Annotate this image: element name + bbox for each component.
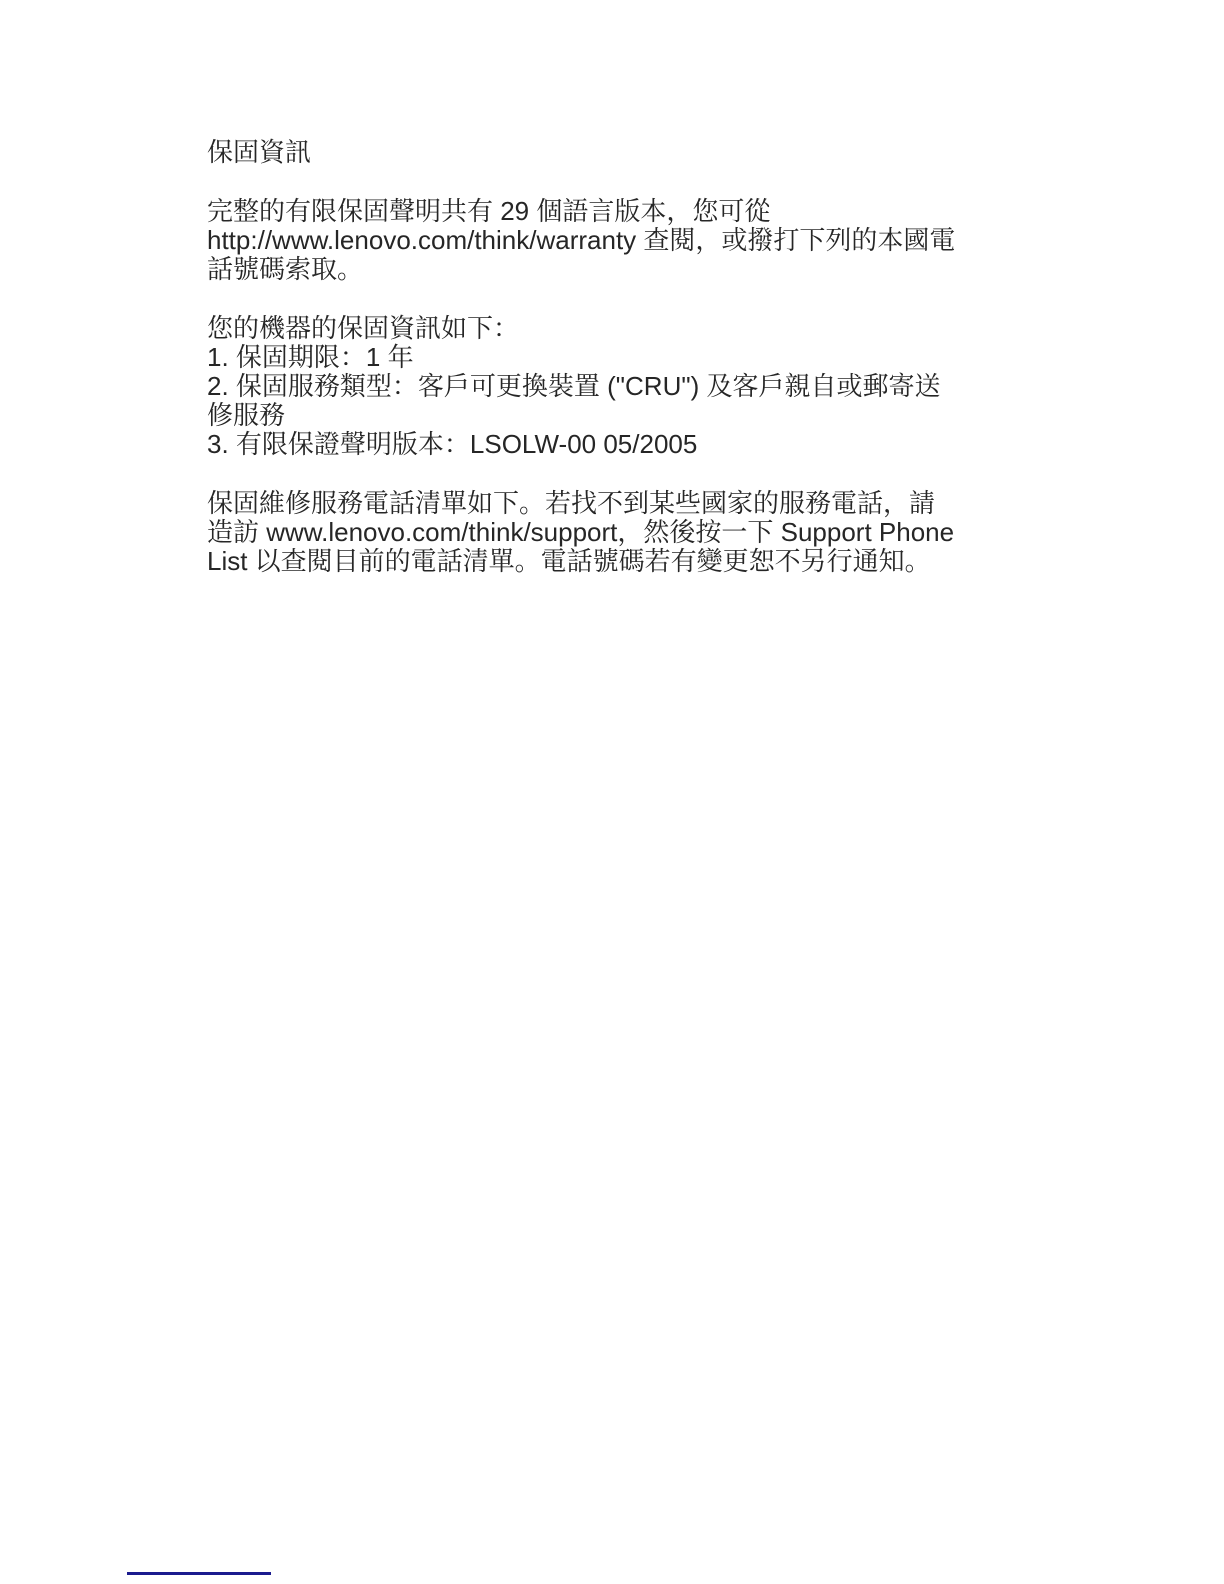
footer-divider (127, 1572, 271, 1575)
text-line: 您的機器的保固資訊如下： (207, 314, 977, 343)
list-item-service-type-continued: 修服務 (207, 401, 977, 430)
text-line-support-url: 造訪 www.lenovo.com/think/support，然後按一下 Su… (207, 518, 977, 547)
paragraph-machine-warranty-details: 您的機器的保固資訊如下： 1. 保固期限：1 年 2. 保固服務類型：客戶可更換… (207, 314, 977, 459)
text-line: 保固維修服務電話清單如下。若找不到某些國家的服務電話，請 (207, 489, 977, 518)
text-line: List 以查閱目前的電話清單。電話號碼若有變更恕不另行通知。 (207, 547, 977, 576)
list-item-statement-version: 3. 有限保證聲明版本：LSOLW-00 05/2005 (207, 430, 977, 459)
paragraph-phone-list-info: 保固維修服務電話清單如下。若找不到某些國家的服務電話，請 造訪 www.leno… (207, 489, 977, 576)
warranty-info-section: 保固資訊 完整的有限保固聲明共有 29 個語言版本，您可從 http://www… (207, 138, 977, 576)
page-title: 保固資訊 (207, 138, 977, 167)
list-item-service-type: 2. 保固服務類型：客戶可更換裝置 ("CRU") 及客戶親自或郵寄送 (207, 372, 977, 401)
text-line-warranty-url: http://www.lenovo.com/think/warranty 查閱，… (207, 226, 977, 255)
text-line: 話號碼索取。 (207, 255, 977, 284)
paragraph-warranty-availability: 完整的有限保固聲明共有 29 個語言版本，您可從 http://www.leno… (207, 197, 977, 284)
text-line: 完整的有限保固聲明共有 29 個語言版本，您可從 (207, 197, 977, 226)
list-item-warranty-period: 1. 保固期限：1 年 (207, 343, 977, 372)
document-page: 保固資訊 完整的有限保固聲明共有 29 個語言版本，您可從 http://www… (0, 0, 1224, 1584)
